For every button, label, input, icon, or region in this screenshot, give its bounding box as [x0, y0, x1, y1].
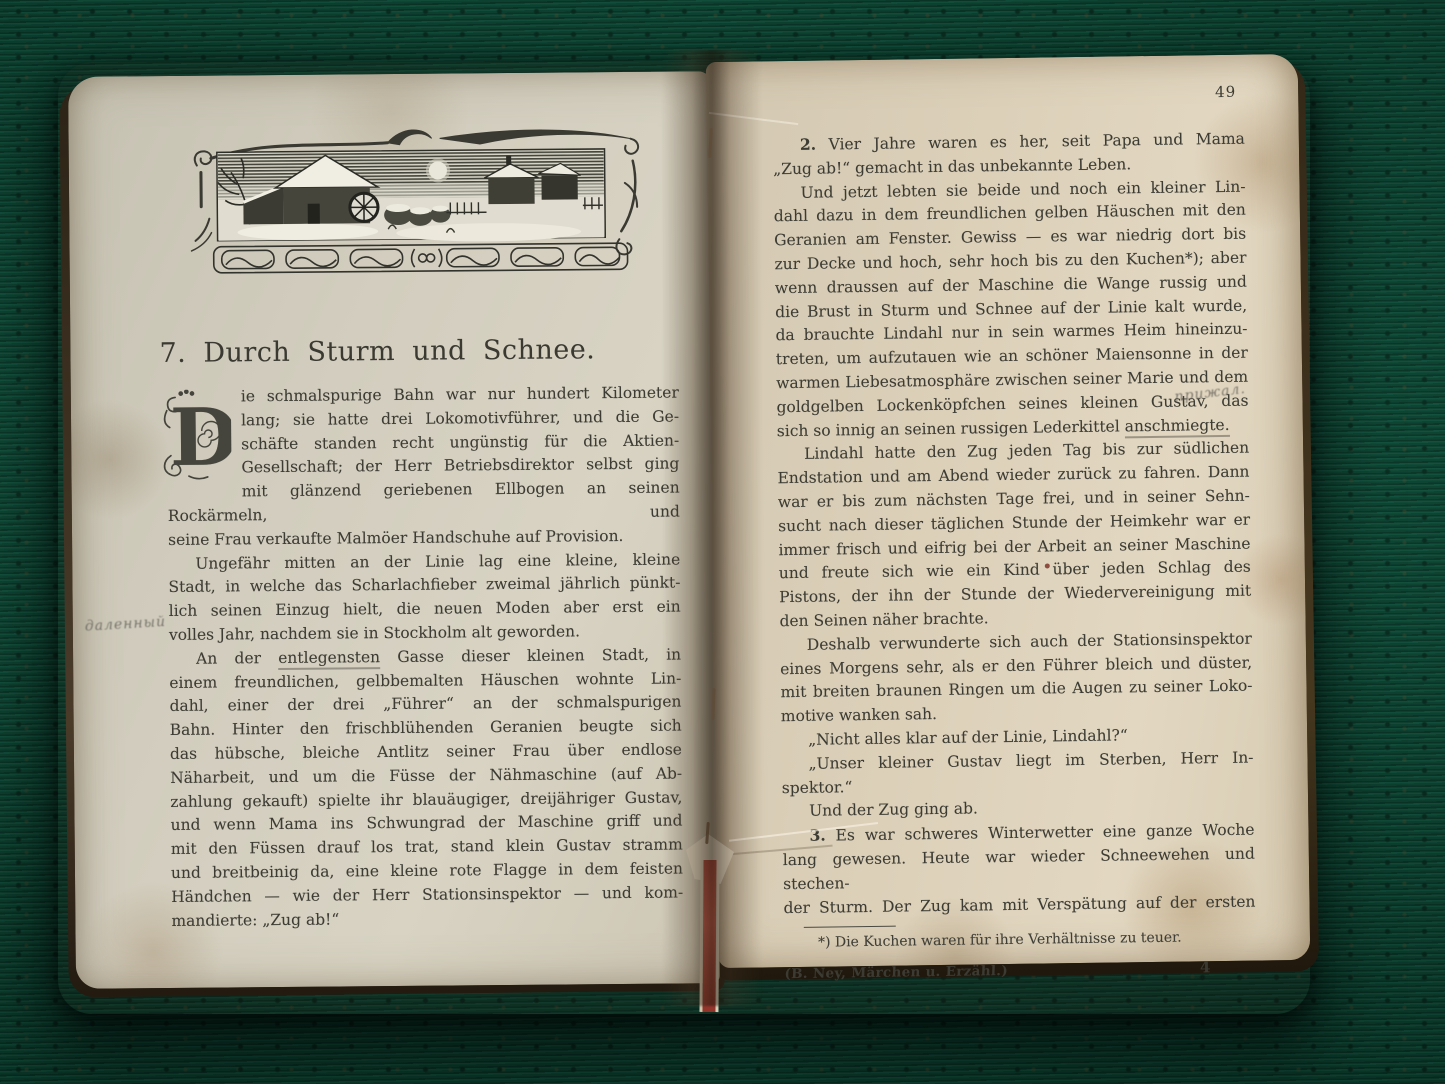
book-signature: (B. Ney, Märchen u. Erzähl.): [784, 960, 1008, 987]
right-page: 49 2. Vier Jahre waren es her, seit Papa…: [706, 54, 1311, 968]
paragraph: Lindahl hatte den Zug jeden Tag bis zur …: [777, 437, 1252, 634]
text-line: mit glänzend geriebenen Ellbogen an sein…: [168, 477, 680, 529]
right-page-text: 2. Vier Jahre waren es her, seit Papa un…: [773, 127, 1257, 988]
drop-cap: D: [159, 389, 232, 482]
header-illustration: [186, 118, 649, 282]
text-line: Händchen — wie der Herr Stationsinspekto…: [171, 881, 683, 909]
sheet-number: 4: [1200, 957, 1211, 981]
red-spine-strip: [699, 860, 719, 1012]
pencil-underline: entlegensten: [278, 648, 380, 670]
paragraph: Ungefähr mitten an der Linie lag eine kl…: [168, 548, 681, 648]
paragraph: D ie schmalspurige Bahn war nur hundert …: [167, 382, 680, 553]
footnote: *) Die Kuchen waren für ihre Verhältniss…: [784, 927, 1256, 954]
text-line: lich seinen Einzug hielt, die neuen Mode…: [169, 596, 681, 624]
left-page: 7. Durch Sturm und Schnee. D ie schmalsp…: [68, 71, 720, 989]
pencil-margin-note-left: даленный: [84, 614, 166, 635]
paragraph: 3. Es war schweres Winterwetter eine gan…: [782, 818, 1255, 921]
paragraph: „Unser kleiner Gustav liegt im Sterben, …: [781, 746, 1254, 800]
text-line: mandierte: „Zug ab!“: [171, 905, 683, 933]
pencil-underline: anschmiegte.: [1125, 415, 1230, 437]
photo-of-open-book: 7. Durch Sturm und Schnee. D ie schmalsp…: [0, 0, 1445, 1084]
footnote-rule: [804, 926, 896, 928]
chapter-title: 7. Durch Sturm und Schnee.: [100, 334, 654, 370]
svg-text:D: D: [169, 390, 231, 482]
art-nouveau-band: [214, 243, 628, 273]
paragraph: Deshalb verwunderte sich auch der Statio…: [780, 627, 1253, 729]
text-line: lang gewesen. Heute war wieder Schneeweh…: [783, 842, 1256, 896]
paper-crease: [709, 112, 799, 125]
paragraph: An der entlegensten Gasse dieser kleinen…: [169, 643, 683, 933]
paragraph: 2. Vier Jahre waren es her, seit Papa un…: [773, 127, 1246, 182]
left-page-text: D ie schmalspurige Bahn war nur hundert …: [167, 382, 684, 934]
winter-scene-engraving: [217, 149, 605, 244]
page-number: 49: [1215, 83, 1236, 101]
